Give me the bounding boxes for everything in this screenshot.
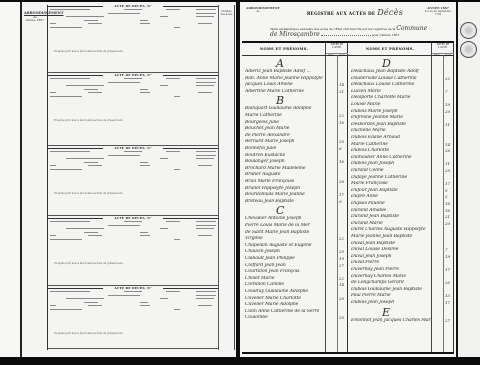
name-entry: Bridier Auguste [245,172,325,177]
name-entry: Clabault Jean Philippe [245,256,325,261]
day-entry: 20 [339,249,344,254]
name-entry: Rob. Anne Marie Jeanne Hippolyte [245,76,325,81]
name-entry: Dupuis Pauline [351,201,431,206]
dates-header-label: DATES DE L'ACTE. [326,44,348,50]
day-entry: 22 [445,76,450,81]
day-entry: 17 [445,300,450,305]
name-entry: Dumoutier Anne Catherine [351,155,431,160]
name-entry: Chapelain Auguste et Eugène [245,243,325,248]
day-entry: 16 [339,159,344,164]
name-entry: Duvernay Jean Pierre [351,267,431,272]
official-seal-stamps [460,22,478,62]
header-left-title: ARRONDISSEMENT [246,6,280,10]
name-entry: de Pierre Alexandre [245,133,325,138]
header-left-sub: de [256,10,259,13]
name-entry: Brochard Marie Madeleine [245,166,325,171]
day-entry: 20 [339,315,344,320]
name-entry: Marie Françoise [351,181,431,186]
name-entry: Virginie [245,236,325,241]
acte-count-column: Nombre des actes [219,5,235,350]
seal-icon [460,41,477,58]
name-entry: Delachaux Jean Baptiste Adolf [351,69,431,74]
day-entry: 11 [445,161,450,166]
table-subtitle: Table alphabétique annuelle des actes de… [270,26,440,38]
day-entry: 22 [339,113,344,118]
name-entry: de Longchamps Gérard [351,280,431,285]
name-entry: Brun Marie Françoise [245,179,325,184]
name-entry: Bonnefoi Julie [245,146,325,151]
subtitle-suffix: pour l'année 1867. [372,33,401,37]
name-entry: Duval Louise Désirée [351,247,431,252]
day-label: Jours. [445,55,452,58]
day-entry: 7 [445,89,448,94]
name-entry: Dubois Marie Joseph [351,109,431,114]
day-entry: 17 [339,192,344,197]
name-entry: Chevalier Antoine Joseph [245,216,325,221]
name-entry: Courtillon Jean François [245,269,325,274]
name-entry: Durand Céline [351,168,431,173]
acte-footer: Et après qu'il leur a été donné lecture … [48,192,218,195]
dates-header-1: DATES DE L'ACTE. Mois.Jours. [326,43,348,56]
arrondissement-stamp: ARRONDISSEMENT de Année 1867 [24,12,46,23]
name-entry: Louise Marie [351,102,431,107]
header-right-sub: Loi du 20 septembre 1792 [425,10,451,16]
name-entry: Marie Jeanne Jean Baptiste [351,234,431,239]
right-page: ARRONDISSEMENT de REGISTRE AUX ACTES DE … [238,2,456,357]
name-entry: Emonnot Jean Jacques Charles Marie [351,318,431,323]
day-entry: 14 [339,282,344,287]
stamp-line: Année 1867 [24,19,46,23]
day-entry: 21 [339,89,344,94]
name-entry: Duvernay Charles Marie [351,274,431,279]
name-entry: Dauberville Louise Catherine [351,76,431,81]
names-header-1: NOMS ET PRÉNOMS. [242,43,326,56]
name-entry: Delachaux Louise Catherine [351,82,431,87]
name-entry: Durand Marie [351,221,431,226]
name-entry: Bernard Marie Joseph [245,139,325,144]
day-entry: 19 [445,254,450,259]
name-entry: Brunet Hippolyte Joseph [245,186,325,191]
day-entry: 11 [445,122,450,127]
month-label: Mois. [328,55,334,58]
day-entry: 27 [339,263,344,268]
name-entry: Dufour Jean Baptiste [351,188,431,193]
subtitle-commune-name: de Mirosçambre [270,31,320,38]
name-entry: Breteau Jean Baptiste [245,199,325,204]
name-entry: Dupré Anne [351,194,431,199]
name-entry: Blanquart Guillaume Adolphe [245,106,325,111]
name-entry: Dubois Charlotte [351,148,431,153]
name-entry: Lucien Marie [351,89,431,94]
name-entry: Marie Catherine [245,113,325,118]
day-entry: 19 [339,256,344,261]
name-entry: Desbordes Jean Baptiste [351,122,431,127]
day-entry: 27 [445,318,450,323]
register-title: REGISTRE AUX ACTES DE Décès [300,8,410,17]
day-entry: 21 [445,214,450,219]
acte-footer: Et après qu'il leur a été donné lecture … [48,262,218,265]
names-header-2: NOMS ET PRÉNOMS. [348,43,432,56]
name-entry: Coudray Guillaume Adolphe [245,289,325,294]
name-entry: Boutron Eustache [245,153,325,158]
day-entry: 22 [339,236,344,241]
day-entry: 6 [339,146,342,151]
day-entry: 2 [445,194,448,199]
day-entry: 22 [339,276,344,281]
binding-line [20,2,22,357]
name-entry: Marie Catherine [351,142,431,147]
day-entry: 17 [445,267,450,272]
left-margin [0,2,22,357]
name-entry: Pierre Louis Marie de la Mer [245,223,325,228]
acte-footer: Et après qu'il leur a été donné lecture … [48,332,218,335]
name-entry: Duval Jean Joseph [351,254,431,259]
name-entry: Dufresne Jeanne Marie [351,115,431,120]
name-entry: Dubois Guillaume Jean Baptiste [351,287,431,292]
acte-deces-form-4: ACTE DE DÉCÈS, N° Et après qu'il leur a … [48,216,218,265]
seal-icon [460,22,477,39]
header-arrondissement: ARRONDISSEMENT de [246,7,270,13]
scanned-register-spread: ARRONDISSEMENT de Année 1867 Nombre des … [0,0,480,365]
name-entry: Albertine Marie Catherine [245,89,325,94]
name-entry: Boulanger Joseph [245,159,325,164]
month-day-divider [337,56,338,352]
day-entry: 14 [339,82,344,87]
name-entry: Coulombe [245,315,325,320]
name-entry: Dufaye Jeanne Catherine [351,175,431,180]
name-entry: Dubois Jean Joseph [351,300,431,305]
day-entry: 9 [339,199,342,204]
name-entry: Coiffard Jean Jean [245,263,325,268]
name-entry: Bourgeois Julie [245,120,325,125]
header-year: ANNÉE 1867 Loi du 20 septembre 1792 [424,7,452,16]
acte-deces-form-5: ACTE DE DÉCÈS, N° Et après qu'il leur a … [48,286,218,335]
day-entry: 13 [445,293,450,298]
name-entry: Duchêne Marie [351,128,431,133]
name-entry: Jacques Louis Amelie [245,82,325,87]
name-entry: Colin Anne Catherine de la Serre [245,309,325,314]
name-entry: de Saint Marie Jean Baptiste [245,230,325,235]
acte-deces-form-3: ACTE DE DÉCÈS, N° Et après qu'il leur a … [48,146,218,195]
day-entry: 20 [339,296,344,301]
name-entry: Durand Jean Baptiste [351,214,431,219]
register-type-handwritten: Décès [377,8,403,17]
name-entry: Delaporte Charlotte Marie [351,95,431,100]
acte-deces-form-1: ACTE DE DÉCÈS, N° Et après qu'il leur a … [48,4,218,53]
name-entry: Duval Pierre [351,260,431,265]
day-entry: 16 [445,201,450,206]
day-entry: 26 [445,148,450,153]
subtitle-commune-label: Commune [396,25,427,32]
day-entry: 29 [445,168,450,173]
acte-deces-form-2: ACTE DE DÉCÈS, N° Et après qu'il leur a … [48,73,218,122]
alphabetical-index-table: NOMS ET PRÉNOMS. DATES DE L'ACTE. Mois.J… [242,41,454,354]
day-entry: 19 [445,102,450,107]
name-entry: Corbillon Camille [245,282,325,287]
month-label: Mois. [434,55,440,58]
acte-footer: Et après qu'il leur a été donné lecture … [48,50,218,53]
name-entry: Paul Pierre Marie [351,293,431,298]
name-entry: Duval Jean Baptiste [351,241,431,246]
name-entry: Dubois Jean Joseph [351,161,431,166]
name-entry: Cuvelier Marie Adolphe [245,302,325,307]
dates-header-2: DATES DE L'ACTE. Mois.Jours. [432,43,454,56]
name-entry: Durand Amable [351,208,431,213]
acte-footer: Et après qu'il leur a été donné lecture … [48,119,218,122]
day-entry: 20 [445,221,450,226]
day-entry: 7 [445,247,448,252]
month-day-divider [443,56,444,352]
name-entry: Bourdonnais Marie Jeanne [245,192,325,197]
day-entry: 17 [445,181,450,186]
name-entry: Dubois Eliane Arnaud [351,135,431,140]
day-label: Jours. [339,55,346,58]
register-title-prefix: REGISTRE AUX ACTES DE [307,11,376,16]
name-entry: Chauvin Joseph [245,249,325,254]
day-entry: 14 [445,142,450,147]
day-entry: 5 [445,188,448,193]
name-entry: Cholet Marie [245,276,325,281]
day-entry: 16 [445,208,450,213]
name-entry: Bouchet Jean Marie [245,126,325,131]
name-entry: Cuvelier Marie Charlotte [245,296,325,301]
dates-header-label: DATES DE L'ACTE. [432,44,454,50]
day-entry: 16 [339,120,344,125]
day-entry: 20 [445,109,450,114]
acte-count-header: Nombre des actes [219,5,234,16]
name-entry: Alberic Jean Baptiste Adolf ... [245,69,325,74]
day-entry: 20 [445,280,450,285]
day-entry: 26 [339,179,344,184]
day-entry: 20 [339,139,344,144]
name-entry: Duret Charles Auguste Hippolyte [351,227,431,232]
section-divider [48,348,218,349]
